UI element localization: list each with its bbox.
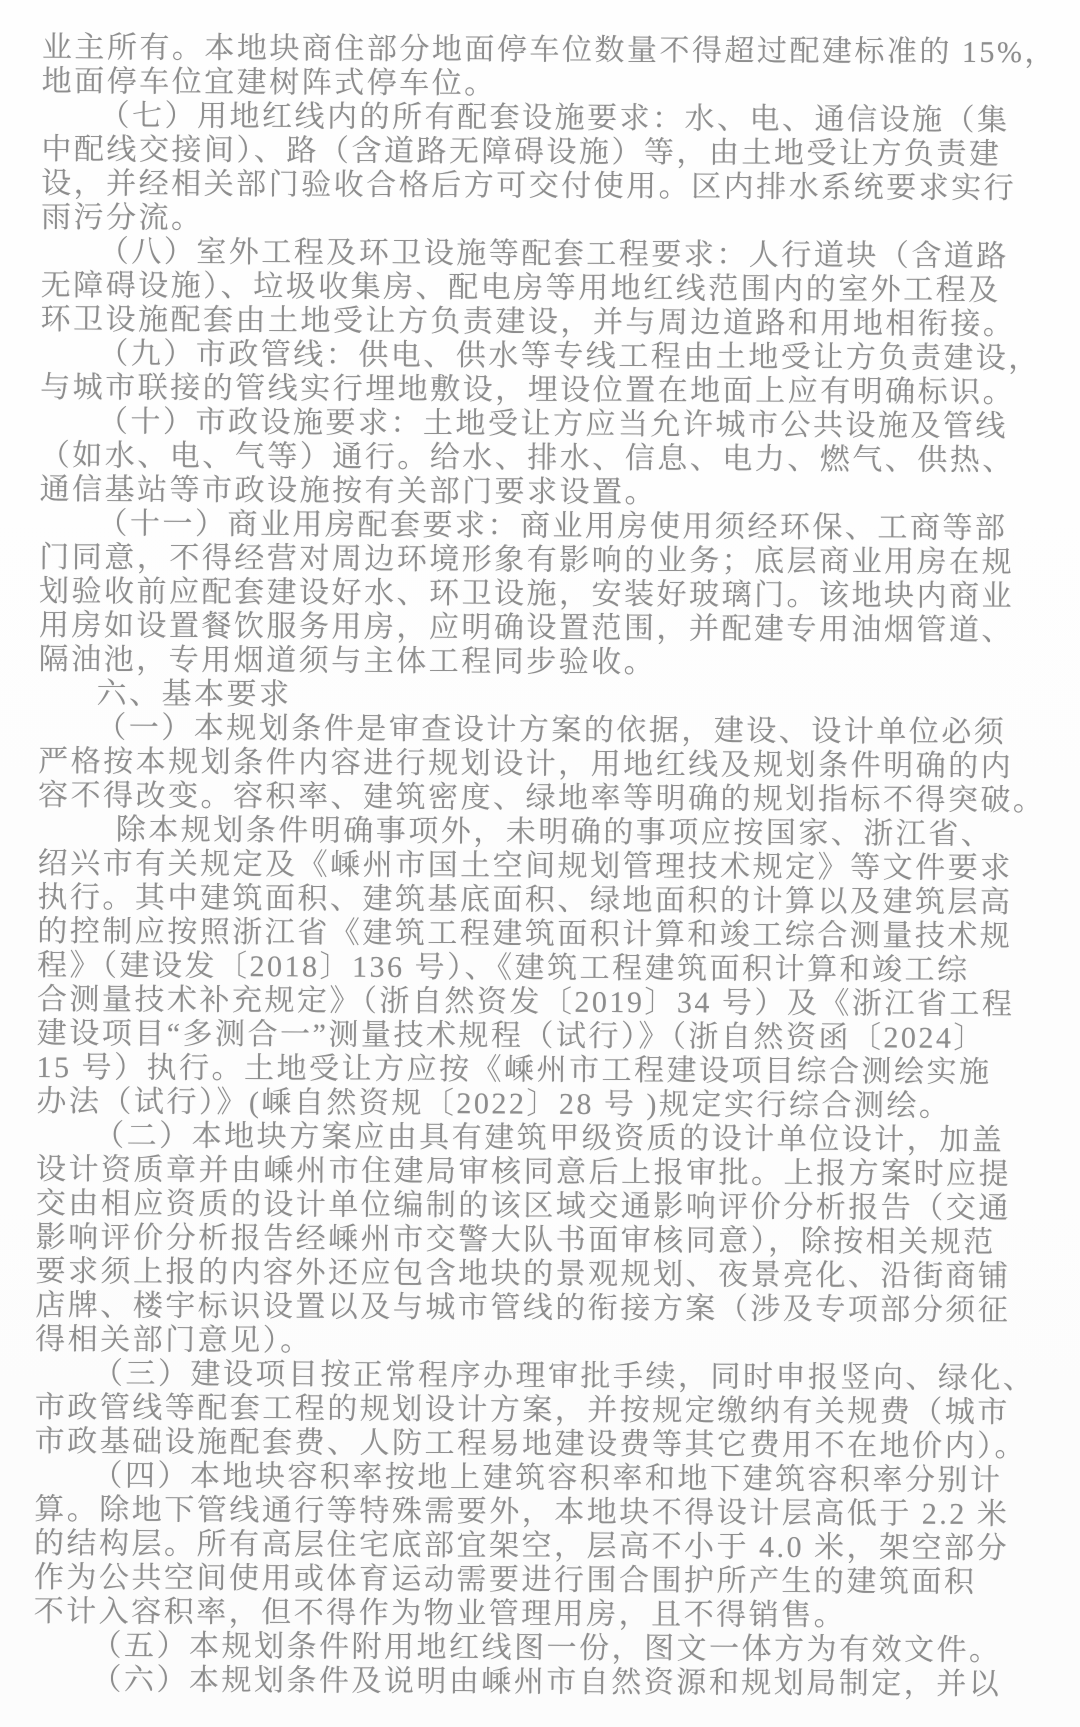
- text-line: （三）建设项目按正常程序办理审批手续，同时申报竖向、绿化、: [35, 1357, 1035, 1396]
- text-line: 15 号）执行。土地受让方应按《嵊州市工程建设项目综合测绘实施: [36, 1051, 1036, 1090]
- text-line: 影响评价分析报告经嵊州市交警大队书面审核同意），除按相关规范: [36, 1221, 1036, 1260]
- text-line: 的结构层。所有高层住宅底部宜架空，层高不小于 4.0 米，架空部分: [34, 1527, 1034, 1566]
- text-line: 设，并经相关部门验收合格后方可交付使用。区内排水系统要求实行: [41, 167, 1041, 206]
- text-line: 不计入容积率，但不得作为物业管理用房，且不得销售。: [34, 1595, 1034, 1634]
- text-line: 程》（建设发〔2018〕136 号）、《建筑工程建筑面积计算和竣工综: [37, 949, 1037, 988]
- text-line: 市政管线等配套工程的规划设计方案，并按规定缴纳有关规费（城市: [35, 1391, 1035, 1430]
- text-line: （八）室外工程及环卫设施等配套工程要求：人行道块（含道路: [41, 235, 1041, 274]
- text-line: 严格按本规划条件内容进行规划设计，用地红线及规划条件明确的内: [38, 745, 1038, 784]
- text-line: 办法（试行）》(嵊自然资规〔2022〕28 号 )规定实行综合测绘。: [36, 1085, 1036, 1124]
- text-line: 要求须上报的内容外还应包含地块的景观规划、夜景亮化、沿街商铺: [35, 1255, 1035, 1294]
- text-line: 作为公共空间使用或体育运动需要进行围合围护所产生的建筑面积: [34, 1561, 1034, 1600]
- text-line: （十一）商业用房配套要求：商业用房使用须经环保、工商等部: [39, 507, 1039, 546]
- text-line: （九）市政管线：供电、供水等专线工程由土地受让方负责建设，: [40, 337, 1040, 376]
- text-line: （四）本地块容积率按地上建筑容积率和地下建筑容积率分别计: [34, 1459, 1034, 1498]
- text-line: （如水、电、气等）通行。给水、排水、信息、电力、燃气、供热、: [40, 439, 1040, 478]
- text-line: 店牌、楼宇标识设置以及与城市管线的衔接方案（涉及专项部分须征: [35, 1289, 1035, 1328]
- text-line: 雨污分流。: [41, 201, 1041, 240]
- text-line: 地面停车位宜建树阵式停车位。: [42, 65, 1042, 104]
- text-line: 与城市联接的管线实行埋地敷设，埋设位置在地面上应有明确标识。: [40, 371, 1040, 410]
- text-line: 执行。其中建筑面积、建筑基底面积、绿地面积的计算以及建筑层高: [37, 881, 1037, 920]
- text-line: 合测量技术补充规定》（浙自然资发〔2019〕34 号）及《浙江省工程: [37, 983, 1037, 1022]
- text-line: （十）市政设施要求：土地受让方应当允许城市公共设施及管线: [40, 405, 1040, 444]
- text-line: （六）本规划条件及说明由嵊州市自然资源和规划局制定，并以: [33, 1663, 1033, 1702]
- text-line: 绍兴市有关规定及《嵊州市国土空间规划管理技术规定》等文件要求: [38, 847, 1038, 886]
- text-line: 六、基本要求: [38, 677, 1038, 716]
- text-line: 环卫设施配套由土地受让方负责建设，并与周边道路和用地相衔接。: [40, 303, 1040, 342]
- text-line: 用房如设置餐饮服务用房，应明确设置范围，并配建专用油烟管道、: [39, 609, 1039, 648]
- text-line: 除本规划条件明确事项外，未明确的事项应按国家、浙江省、: [38, 813, 1038, 852]
- text-line: 算。除地下管线通行等特殊需要外，本地块不得设计层高低于 2.2 米: [34, 1493, 1034, 1532]
- text-line: 的控制应按照浙江省《建筑工程建筑面积计算和竣工综合测量技术规: [37, 915, 1037, 954]
- text-line: 市政基础设施配套费、人防工程易地建设费等其它费用不在地价内）。: [35, 1425, 1035, 1464]
- document-body: 业主所有。本地块商住部分地面停车位数量不得超过配建标准的 15%，地面停车位宜建…: [33, 31, 1042, 1702]
- text-line: 建设项目“多测合一”测量技术规程（试行）》（浙自然资函〔2024〕: [37, 1017, 1037, 1056]
- text-line: （二）本地块方案应由具有建筑甲级资质的设计单位设计，加盖: [36, 1119, 1036, 1158]
- document-page: 业主所有。本地块商住部分地面停车位数量不得超过配建标准的 15%，地面停车位宜建…: [0, 0, 1080, 1727]
- text-line: 交由相应资质的设计单位编制的该区域交通影响评价分析报告（交通: [36, 1187, 1036, 1226]
- text-line: 门同意，不得经营对周边环境形象有影响的业务；底层商业用房在规: [39, 541, 1039, 580]
- text-line: 中配线交接间）、路（含道路无障碍设施）等，由土地受让方负责建: [41, 133, 1041, 172]
- text-line: 得相关部门意见）。: [35, 1323, 1035, 1362]
- text-line: 划验收前应配套建设好水、环卫设施，安装好玻璃门。该地块内商业: [39, 575, 1039, 614]
- text-line: 业主所有。本地块商住部分地面停车位数量不得超过配建标准的 15%，: [42, 31, 1042, 70]
- text-line: （一）本规划条件是审查设计方案的依据，建设、设计单位必须: [38, 711, 1038, 750]
- text-line: 隔油池，专用烟道须与主体工程同步验收。: [39, 643, 1039, 682]
- text-line: （五）本规划条件附用地红线图一份，图文一体方为有效文件。: [33, 1629, 1033, 1668]
- text-line: 设计资质章并由嵊州市住建局审核同意后上报审批。上报方案时应提: [36, 1153, 1036, 1192]
- text-line: （七）用地红线内的所有配套设施要求：水、电、通信设施（集: [41, 99, 1041, 138]
- text-line: 容不得改变。容积率、建筑密度、绿地率等明确的规划指标不得突破。: [38, 779, 1038, 818]
- text-line: 通信基站等市政设施按有关部门要求设置。: [40, 473, 1040, 512]
- text-line: 无障碍设施）、垃圾收集房、配电房等用地红线范围内的室外工程及: [41, 269, 1041, 308]
